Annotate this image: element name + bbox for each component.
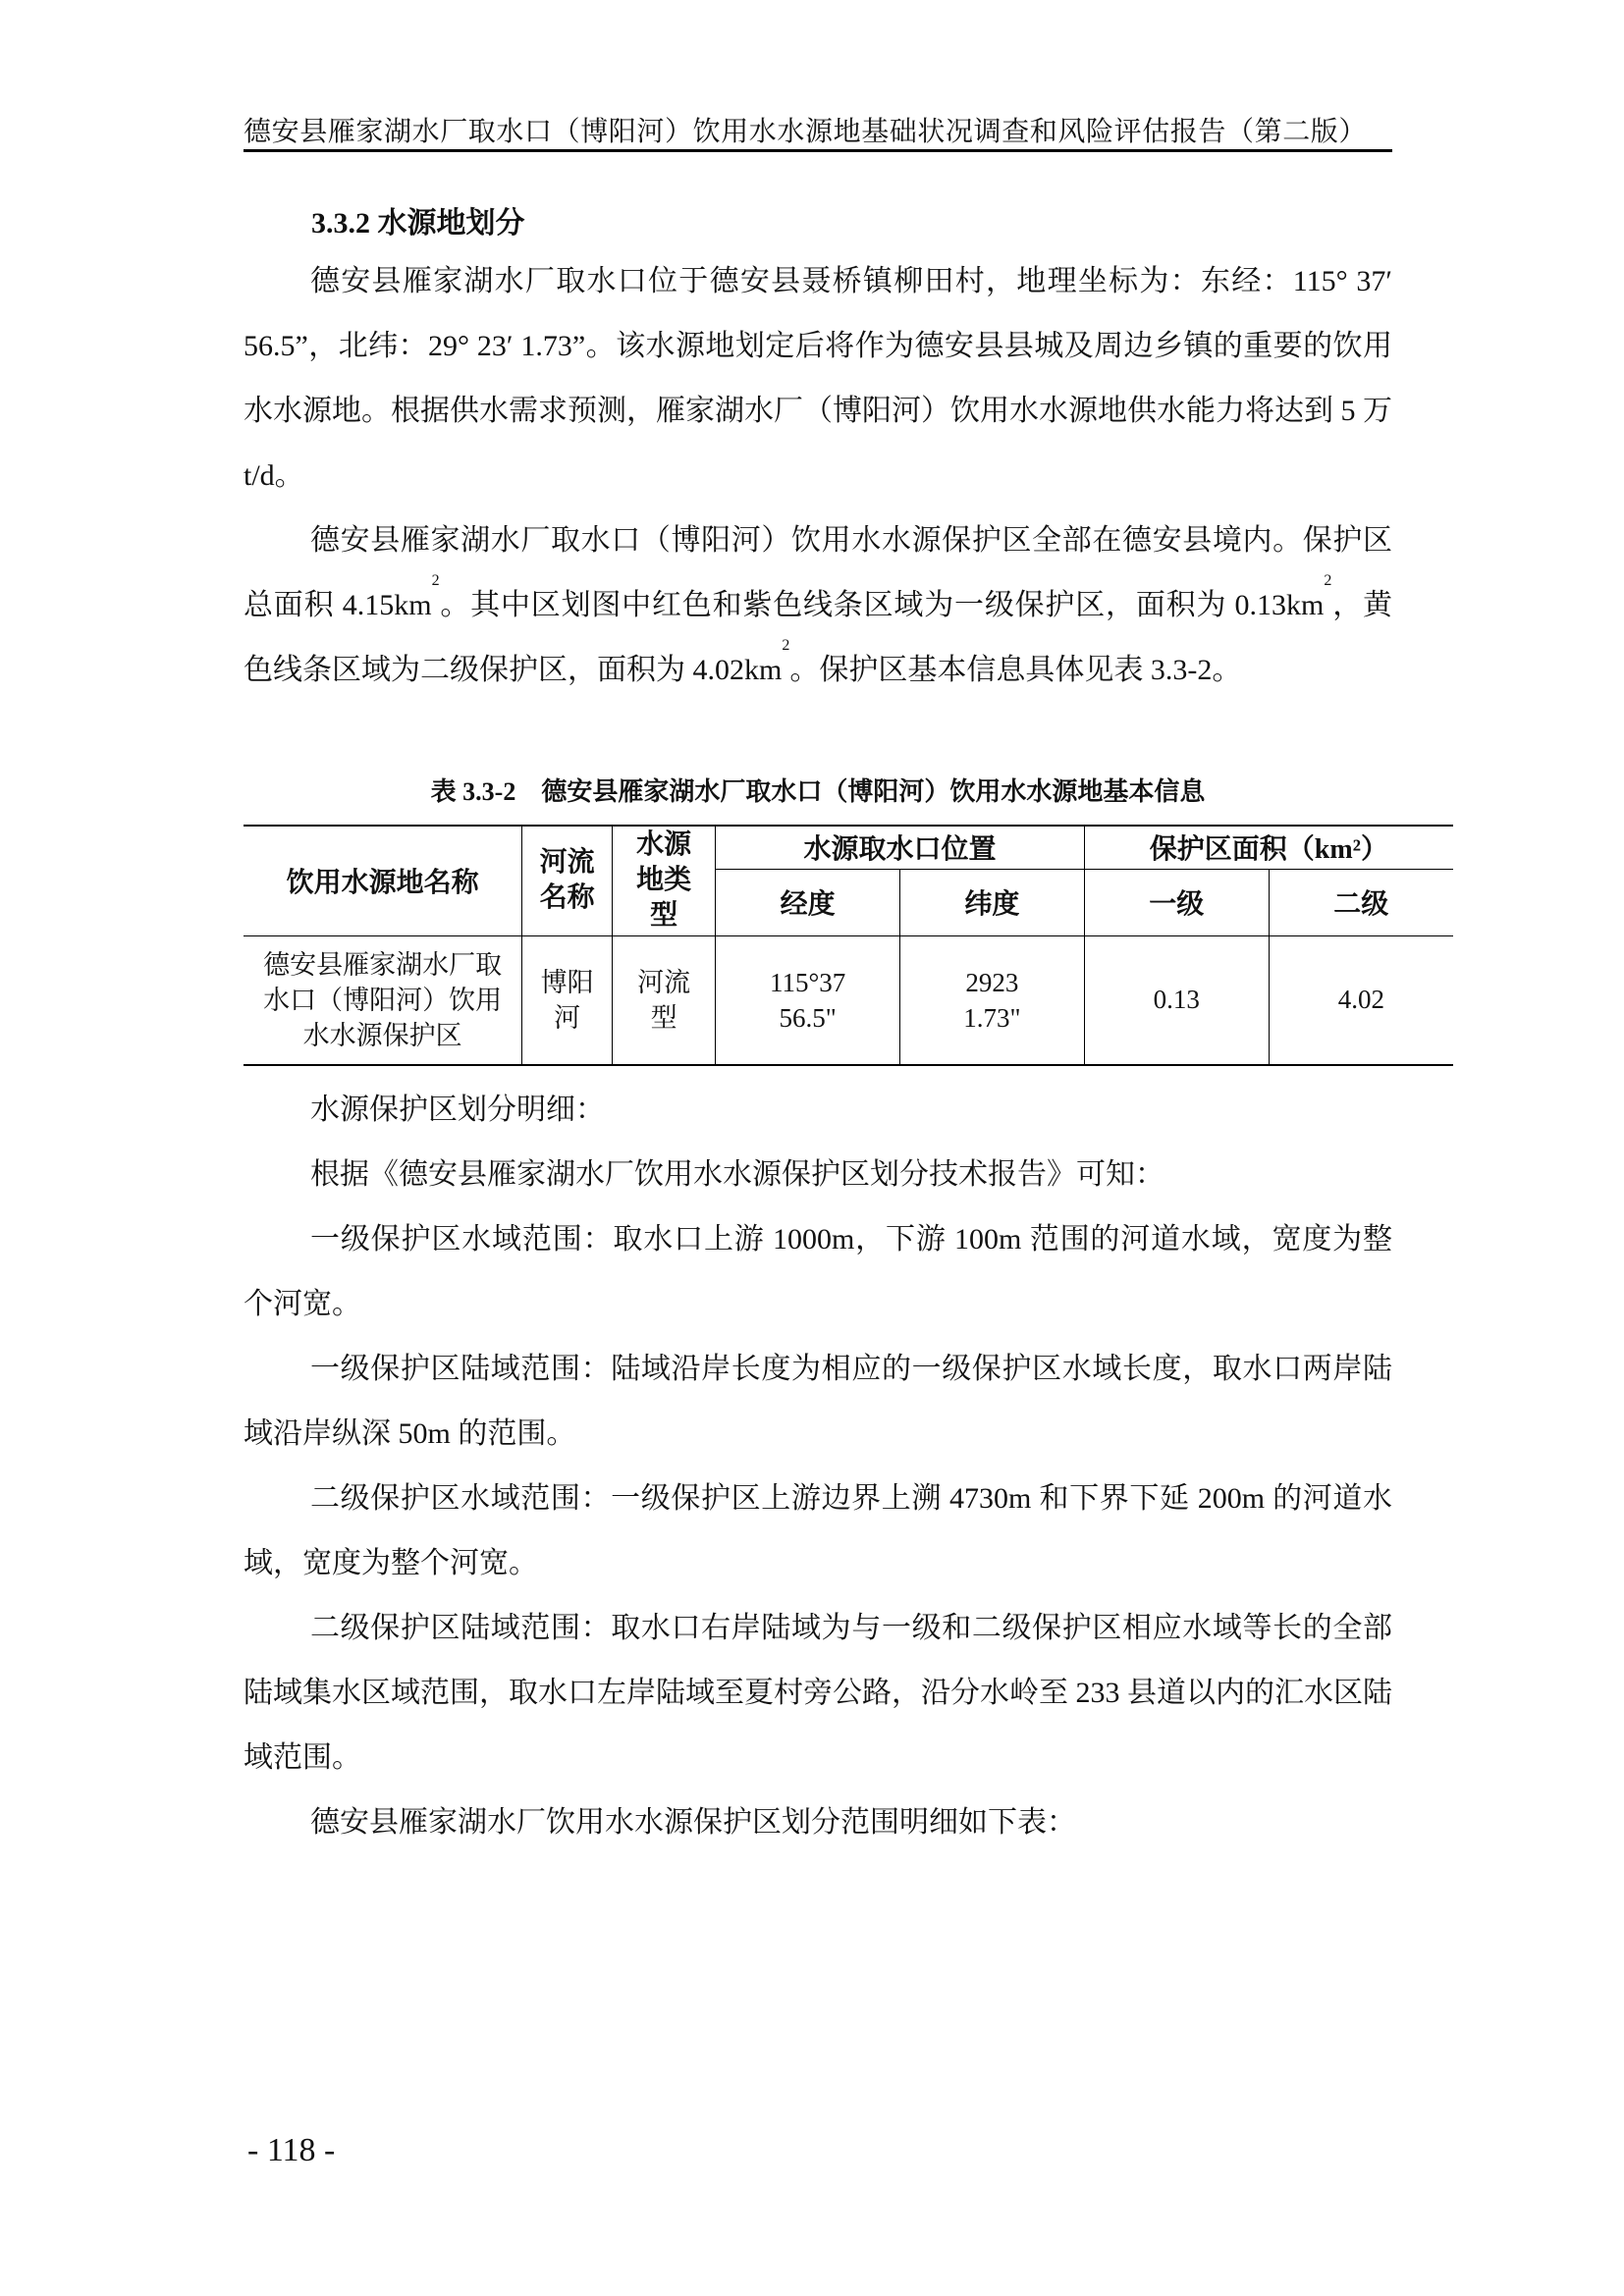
- paragraph-text: 。保护区基本信息具体见表 3.3-2。: [789, 654, 1241, 686]
- paragraph-details-intro: 水源保护区划分明细：: [244, 1078, 1392, 1143]
- header-longitude: 经度: [716, 869, 900, 935]
- cell-text: 56.5": [779, 1003, 836, 1033]
- header-protection-area: 保护区面积（km²）: [1084, 826, 1453, 869]
- header-rule: [244, 149, 1392, 152]
- cell-text: 河: [554, 1003, 580, 1033]
- cell-level2-area: 4.02: [1269, 935, 1453, 1065]
- cell-latitude: 29231.73": [900, 935, 1085, 1065]
- cell-text: 水口（博阳河）饮用: [263, 986, 502, 1015]
- cell-text: 水水源保护区: [303, 1021, 462, 1050]
- header-river-name: 河流名称: [522, 826, 613, 935]
- cell-source-type: 河流型: [613, 935, 716, 1065]
- paragraph-level2-water: 二级保护区水域范围：一级保护区上游边界上溯 4730m 和下界下延 200m 的…: [244, 1467, 1392, 1596]
- cell-text: 2923: [965, 968, 1018, 997]
- cell-text: 115°37: [770, 968, 845, 997]
- superscript: 2: [432, 572, 440, 589]
- paragraph-text: 。其中区划图中红色和紫色线条区域为一级保护区，面积为 0.13km: [440, 589, 1325, 621]
- header-level2: 二级: [1269, 869, 1453, 935]
- header-intake-location: 水源取水口位置: [716, 826, 1085, 869]
- paragraph-table-intro: 德安县雁家湖水厂饮用水水源保护区划分范围明细如下表：: [244, 1790, 1392, 1855]
- header-source-type: 水源地类型: [613, 826, 716, 935]
- cell-text: 1.73": [963, 1003, 1020, 1033]
- running-header: 德安县雁家湖水厂取水口（博阳河）饮用水水源地基础状况调查和风险评估报告（第二版）: [244, 110, 1392, 149]
- header-text: 河流: [540, 847, 595, 878]
- paragraph-source-report: 根据《德安县雁家湖水厂饮用水水源保护区划分技术报告》可知：: [244, 1143, 1392, 1207]
- header-source-name: 饮用水源地名称: [244, 826, 522, 935]
- superscript: 2: [1324, 572, 1331, 589]
- section-title: 3.3.2 水源地划分: [311, 198, 525, 241]
- paragraph-level2-land: 二级保护区陆域范围：取水口右岸陆域为与一级和二级保护区相应水域等长的全部陆域集水…: [244, 1596, 1392, 1790]
- cell-text: 河流: [637, 968, 690, 997]
- water-source-info-table: 饮用水源地名称 河流名称 水源地类型 水源取水口位置 保护区面积（km²） 经度…: [244, 825, 1453, 1066]
- table-row: 德安县雁家湖水厂取水口（博阳河）饮用水水源保护区 博阳河 河流型 115°375…: [244, 935, 1453, 1065]
- paragraph-location: 德安县雁家湖水厂取水口位于德安县聂桥镇柳田村，地理坐标为：东经：115° 37′…: [244, 249, 1392, 508]
- cell-level1-area: 0.13: [1084, 935, 1269, 1065]
- page-number: - 118 -: [247, 2132, 335, 2169]
- superscript: 2: [782, 637, 789, 654]
- cell-text: 型: [651, 1003, 677, 1033]
- cell-longitude: 115°3756.5": [716, 935, 900, 1065]
- table-caption: 表 3.3-2 德安县雁家湖水厂取水口（博阳河）饮用水水源地基本信息: [244, 772, 1392, 808]
- header-text: 地类: [636, 865, 691, 895]
- cell-source-name: 德安县雁家湖水厂取水口（博阳河）饮用水水源保护区: [244, 935, 522, 1065]
- cell-text: 博阳: [541, 968, 594, 997]
- cell-river-name: 博阳河: [522, 935, 613, 1065]
- cell-text: 德安县雁家湖水厂取: [263, 950, 502, 980]
- header-text: 名称: [540, 882, 595, 913]
- header-text: 水源: [636, 829, 691, 860]
- paragraph-level1-land: 一级保护区陆域范围：陆域沿岸长度为相应的一级保护区水域长度，取水口两岸陆域沿岸纵…: [244, 1337, 1392, 1467]
- header-text: 型: [650, 900, 677, 931]
- header-level1: 一级: [1084, 869, 1269, 935]
- paragraph-level1-water: 一级保护区水域范围：取水口上游 1000m，下游 100m 范围的河道水域，宽度…: [244, 1207, 1392, 1337]
- header-latitude: 纬度: [900, 869, 1085, 935]
- paragraph-protection-area: 德安县雁家湖水厂取水口（博阳河）饮用水水源保护区全部在德安县境内。保护区总面积 …: [244, 508, 1392, 703]
